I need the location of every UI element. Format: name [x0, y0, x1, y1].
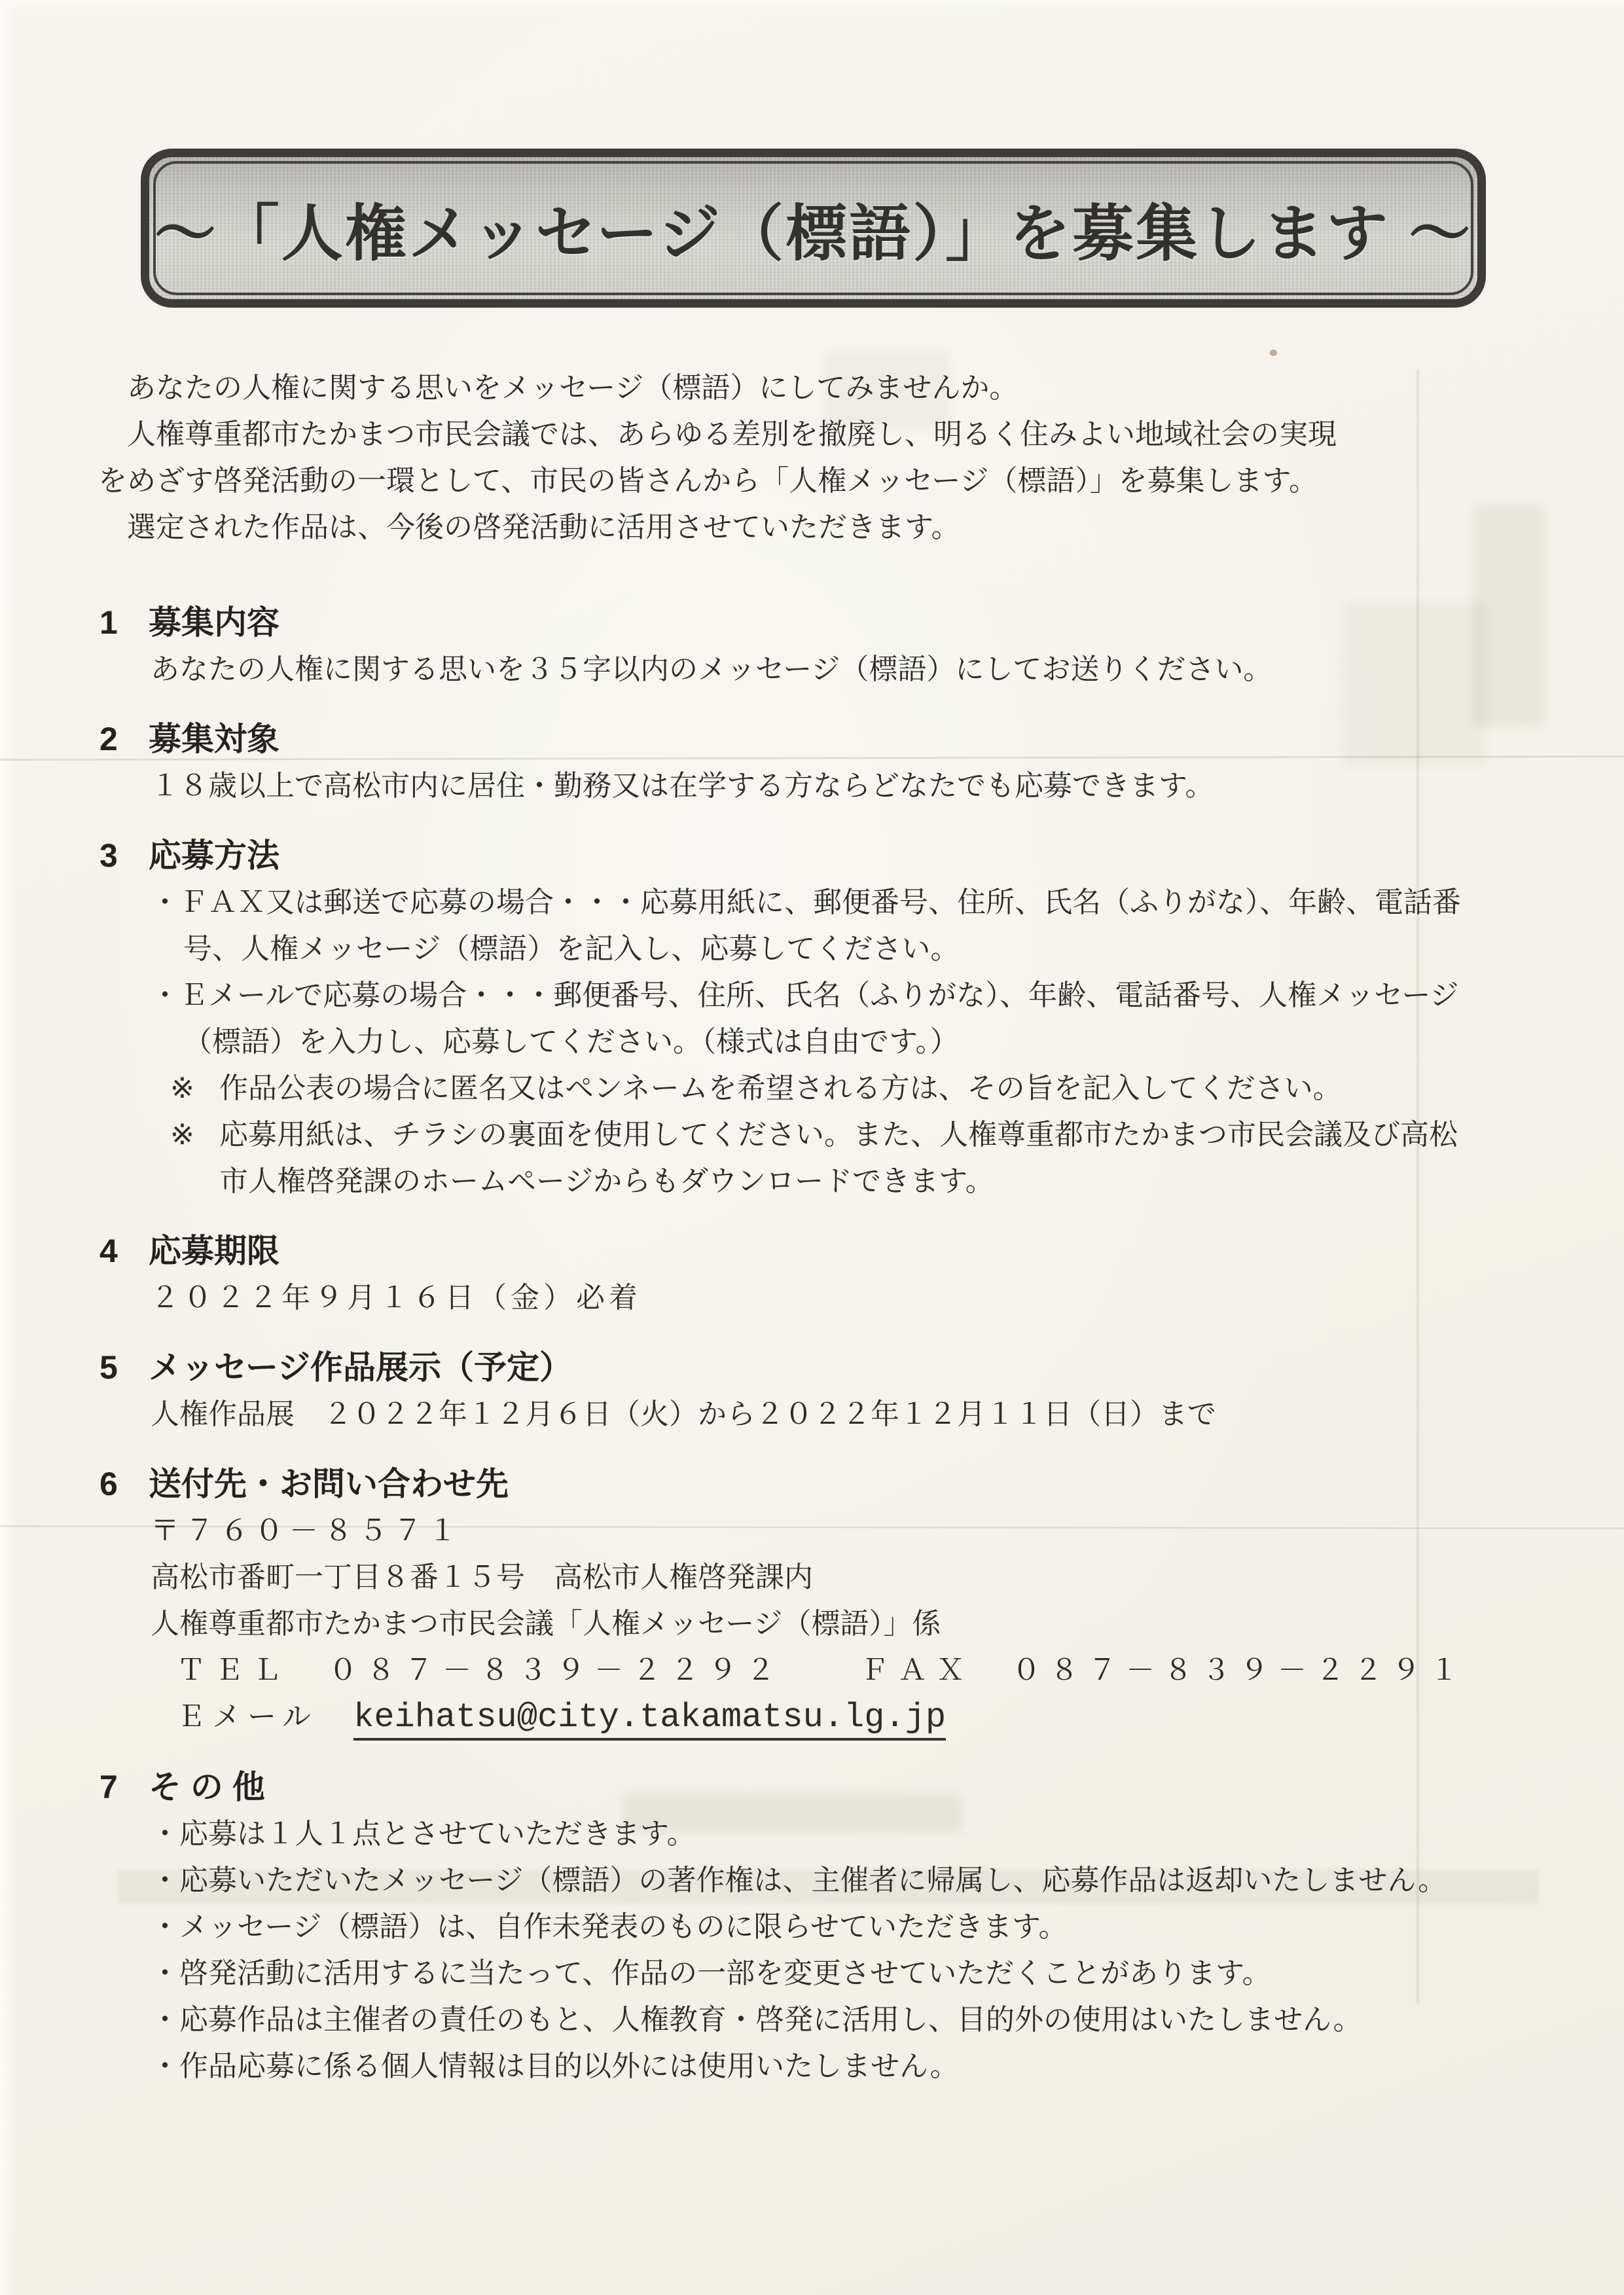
intro-line: をめざす啓発活動の一環として、市民の皆さんから「人権メッセージ（標語）」を募集し… — [98, 458, 1564, 504]
section-number: 5 — [98, 1345, 149, 1391]
section-heading: 5メッセージ作品展示（予定） — [98, 1345, 1564, 1391]
section-deadline: 4応募期限 ２０２２年９月１６日（金）必着 — [98, 1228, 1564, 1321]
deadline-date: ２０２２年９月１６日（金）必着 — [98, 1274, 1564, 1321]
postal-code: 〒７６０－８５７１ — [98, 1508, 1564, 1554]
paper-speck — [1270, 350, 1277, 356]
note-text: 作品公表の場合に匿名又はペンネームを希望される方は、その旨を記入してください。 — [219, 1072, 1342, 1104]
bullet-continuation-line: 号、人権メッセージ（標語）を記入し、応募してください。 — [98, 926, 1564, 972]
scan-edge-top — [0, 0, 1624, 12]
section-heading-label: そ の 他 — [149, 1769, 265, 1805]
exhibition-date-line: 人権作品展 ２０２２年１２月６日（火）から２０２２年１２月１１日（日）まで — [98, 1391, 1564, 1437]
note-bullet: ・啓発活動に活用するに当たって、作品の一部を変更させていただくことがあります。 — [98, 1950, 1564, 1997]
email-label: Ｅメール — [177, 1701, 317, 1733]
email-line: Ｅメールkeihatsu@city.takamatsu.lg.jp — [98, 1693, 1564, 1741]
note-line: ※作品公表の場合に匿名又はペンネームを希望される方は、その旨を記入してください。 — [98, 1065, 1564, 1111]
email-address: keihatsu@city.takamatsu.lg.jp — [353, 1698, 946, 1741]
section-number: 6 — [98, 1461, 149, 1508]
section-exhibition: 5メッセージ作品展示（予定） 人権作品展 ２０２２年１２月６日（火）から２０２２… — [98, 1345, 1564, 1437]
bullet-line: ・Ｅメールで応募の場合・・・郵便番号、住所、氏名（ふりがな）、年齢、電話番号、人… — [98, 972, 1564, 1019]
section-heading: 4応募期限 — [98, 1228, 1564, 1274]
section-eligibility: 2募集対象 １８歳以上で高松市内に居住・勤務又は在学する方ならどなたでも応募でき… — [98, 716, 1564, 809]
section-heading-label: 送付先・お問い合わせ先 — [149, 1466, 509, 1502]
address-line: 高松市番町一丁目８番１５号 高松市人権啓発課内 — [98, 1554, 1564, 1600]
bullet-continuation-line: （標語）を入力し、応募してください。（様式は自由です。） — [98, 1019, 1564, 1065]
section-number: 7 — [98, 1764, 149, 1811]
section-recruitment-content: 1募集内容 あなたの人権に関する思いを３５字以内のメッセージ（標語）にしてお送り… — [98, 600, 1564, 693]
section-heading-label: 応募期限 — [149, 1233, 280, 1269]
tel-fax-line: ＴＥＬ ０８７－８３９－２２９２ ＦＡＸ ０８７－８３９－２２９１ — [98, 1647, 1564, 1693]
section-heading: 3応募方法 — [98, 833, 1564, 879]
note-continuation-line: 市人権啓発課のホームページからもダウンロードできます。 — [98, 1158, 1564, 1204]
page-title: ～「人権メッセージ（標語）」を募集します ～ — [154, 184, 1472, 272]
section-heading-label: 募集対象 — [149, 721, 280, 757]
section-heading: 2募集対象 — [98, 716, 1564, 763]
section-heading: 6送付先・お問い合わせ先 — [98, 1461, 1564, 1508]
addressee-line: 人権尊重都市たかまつ市民会議「人権メッセージ（標語）」係 — [98, 1600, 1564, 1647]
section-body-line: １８歳以上で高松市内に居住・勤務又は在学する方ならどなたでも応募できます。 — [98, 763, 1564, 809]
intro-line: あなたの人権に関する思いをメッセージ（標語）にしてみませんか。 — [98, 365, 1564, 411]
note-bullet: ・メッセージ（標語）は、自作未発表のものに限らせていただきます。 — [98, 1904, 1564, 1950]
note-bullet: ・作品応募に係る個人情報は目的以外には使用いたしません。 — [98, 2043, 1564, 2089]
note-text: 応募用紙は、チラシの裏面を使用してください。また、人権尊重都市たかまつ市民会議及… — [219, 1119, 1458, 1151]
note-bullet: ・応募いただいたメッセージ（標語）の著作権は、主催者に帰属し、応募作品は返却いた… — [98, 1857, 1564, 1904]
section-number: 2 — [98, 716, 149, 763]
note-line: ※応募用紙は、チラシの裏面を使用してください。また、人権尊重都市たかまつ市民会議… — [98, 1111, 1564, 1158]
scan-edge-left — [0, 0, 17, 2295]
intro-line: 人権尊重都市たかまつ市民会議では、あらゆる差別を撤廃し、明るく住みよい地域社会の… — [98, 411, 1564, 458]
section-heading: 7そ の 他 — [98, 1764, 1564, 1811]
section-heading-label: 応募方法 — [149, 837, 280, 874]
section-number: 3 — [98, 833, 149, 879]
section-heading: 1募集内容 — [98, 600, 1564, 646]
section-heading-label: メッセージ作品展示（予定） — [149, 1349, 572, 1386]
section-body-line: あなたの人権に関する思いを３５字以内のメッセージ（標語）にしてお送りください。 — [98, 646, 1564, 693]
section-number: 4 — [98, 1228, 149, 1274]
title-banner: ～「人権メッセージ（標語）」を募集します ～ — [141, 149, 1486, 308]
section-number: 1 — [98, 600, 149, 646]
section-contact: 6送付先・お問い合わせ先 〒７６０－８５７１ 高松市番町一丁目８番１５号 高松市… — [98, 1461, 1564, 1741]
note-bullet: ・応募作品は主催者の責任のもと、人権教育・啓発に活用し、目的外の使用はいたしませ… — [98, 1997, 1564, 2043]
note-marker: ※ — [170, 1065, 219, 1111]
note-bullet: ・応募は１人１点とさせていただきます。 — [98, 1811, 1564, 1857]
section-how-to-apply: 3応募方法 ・ＦＡＸ又は郵送で応募の場合・・・応募用紙に、郵便番号、住所、氏名（… — [98, 833, 1564, 1204]
scanned-flyer-page: ～「人権メッセージ（標語）」を募集します ～ あなたの人権に関する思いをメッセー… — [0, 0, 1624, 2295]
note-marker: ※ — [170, 1111, 219, 1158]
section-heading-label: 募集内容 — [149, 604, 280, 641]
section-other-notes: 7そ の 他 ・応募は１人１点とさせていただきます。 ・応募いただいたメッセージ… — [98, 1764, 1564, 2089]
intro-paragraph: あなたの人権に関する思いをメッセージ（標語）にしてみませんか。 人権尊重都市たか… — [98, 365, 1564, 551]
intro-line: 選定された作品は、今後の啓発活動に活用させていただきます。 — [98, 504, 1564, 551]
bullet-line: ・ＦＡＸ又は郵送で応募の場合・・・応募用紙に、郵便番号、住所、氏名（ふりがな）、… — [98, 879, 1564, 926]
document-body: あなたの人権に関する思いをメッセージ（標語）にしてみませんか。 人権尊重都市たか… — [98, 365, 1564, 2089]
